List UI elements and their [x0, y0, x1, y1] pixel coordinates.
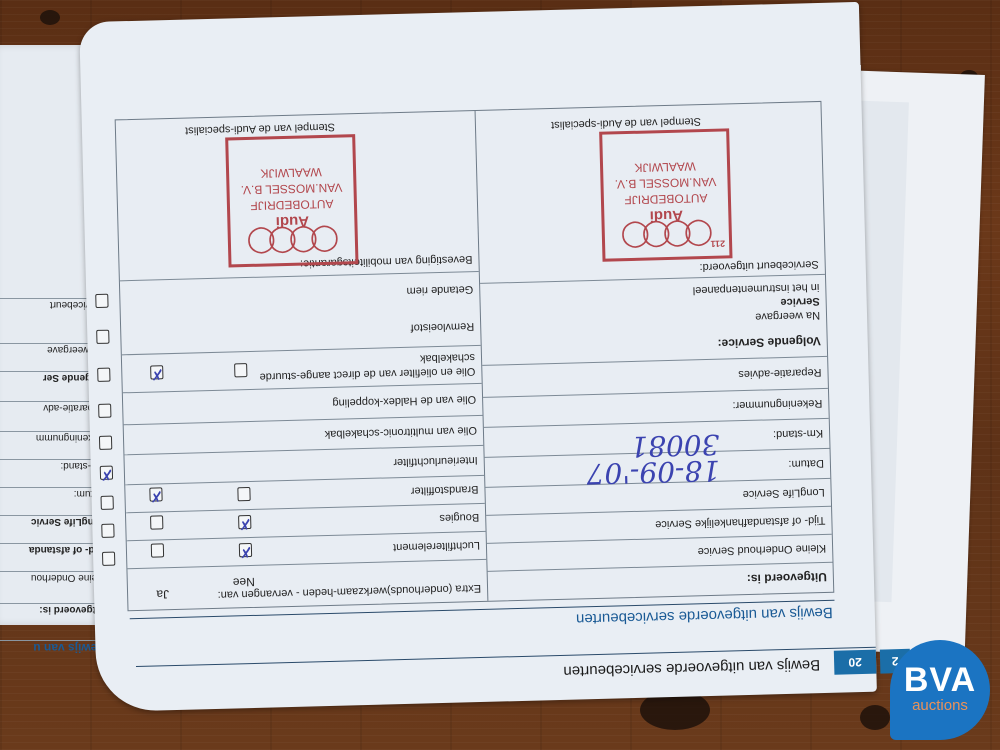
prev-page-title: Bewijs van u [0, 640, 110, 655]
service-details-column: Uitgevoerd is: Kleine Onderhoud Service … [475, 102, 834, 601]
item-label: Olie en oliefilter van de direct aange-s… [259, 351, 475, 383]
running-title: Bewijs van uitgevoerde servicebeurten [563, 656, 820, 680]
ja-checkbox-luchtfilter[interactable] [151, 543, 164, 557]
item-label: Interieurluchtfilter [393, 454, 478, 468]
stamp-line: AUTOBEDRIJF [230, 195, 354, 214]
stamp-line: VAN.MOSSEL B.V. [229, 179, 353, 198]
service-record-table: Uitgevoerd is: Kleine Onderhoud Service … [115, 101, 835, 611]
nee-checkbox-olie-schakelbak[interactable] [234, 363, 247, 377]
checkbox-luchtfilterelement[interactable] [102, 552, 115, 566]
page-header: 2 20 Bewijs van uitgevoerde servicebeurt… [96, 648, 876, 694]
item-label: Brandstoffilter [411, 483, 479, 497]
section-title: Bewijs van uitgevoerde servicebeurten [576, 604, 833, 628]
booklet-page: 2 20 Bewijs van uitgevoerde servicebeurt… [79, 2, 877, 712]
ja-checkbox-bougies[interactable] [150, 515, 163, 529]
next-service-detail: Na weergave Service in het instrumentenp… [480, 274, 826, 335]
wood-knot [40, 10, 60, 25]
nee-checkbox-brandstoffilter[interactable] [237, 487, 250, 501]
audi-rings-icon: ◯◯◯◯ [231, 227, 364, 256]
checkbox-multitronic[interactable] [99, 436, 112, 450]
checkbox-brandstoffilter[interactable] [101, 496, 114, 510]
mileage-label: Km-stand: [773, 427, 823, 440]
nee-checkbox-luchtfilter[interactable] [239, 543, 252, 557]
item-label: Bougies [439, 511, 479, 524]
item-label: Remvloeistof [410, 320, 474, 334]
ja-checkbox-brandstoffilter[interactable] [149, 487, 162, 501]
item-label: Olie van multitronic-schakelbak [325, 424, 477, 440]
mobility-stamp: ◯◯◯◯ Audi AUTOBEDRIJF VAN.MOSSEL B.V. WA… [225, 134, 358, 267]
checkbox-haldex[interactable] [98, 404, 111, 418]
checkbox-remvloeistof[interactable] [96, 330, 109, 344]
ja-checkbox-olie-schakelbak[interactable] [150, 365, 163, 379]
extra-work-label: Extra (onderhouds)werkzaam-heden - verva… [217, 582, 481, 601]
stamp-caption: Stempel van de Audi-specialist [185, 121, 335, 137]
bva-sub: auctions [890, 698, 990, 714]
mileage-handwritten: 30081 [630, 429, 720, 461]
bva-brand: BVA [890, 662, 990, 698]
checkbox-bougies[interactable] [101, 524, 114, 538]
checkbox-getande-riem[interactable] [95, 294, 108, 308]
item-label: Getande riem [406, 283, 473, 297]
item-label: Olie van de Haldex-koppeling [332, 393, 476, 409]
nee-checkbox-bougies[interactable] [238, 515, 251, 529]
stamp-number: 211 [710, 235, 725, 251]
ja-header: Ja [156, 587, 169, 601]
stamp-line: VAN.MOSSEL B.V. [603, 173, 727, 192]
page-number-tab: 20 [834, 650, 877, 675]
date-label: Datum: [788, 457, 824, 470]
service-done-label: Servicebeurt uitgevoerd: [699, 258, 819, 273]
bva-auctions-logo: BVA auctions [890, 640, 990, 740]
extra-work-column: Extra (onderhouds)werkzaam-heden - verva… [116, 111, 488, 610]
stamp-line: AUTOBEDRIJF [604, 189, 728, 208]
nee-header: Nee [233, 575, 255, 590]
item-label: Luchtfilterelement [393, 539, 480, 553]
checkbox-interieurluchtfilter[interactable] [100, 466, 113, 480]
wood-knot [860, 705, 890, 730]
stamp-caption: Stempel van de Audi-specialist [551, 115, 701, 131]
checkbox-direct-schakelbak[interactable] [97, 368, 110, 382]
dealer-stamp: 211 ◯◯◯◯ Audi AUTOBEDRIJF VAN.MOSSEL B.V… [599, 128, 732, 261]
